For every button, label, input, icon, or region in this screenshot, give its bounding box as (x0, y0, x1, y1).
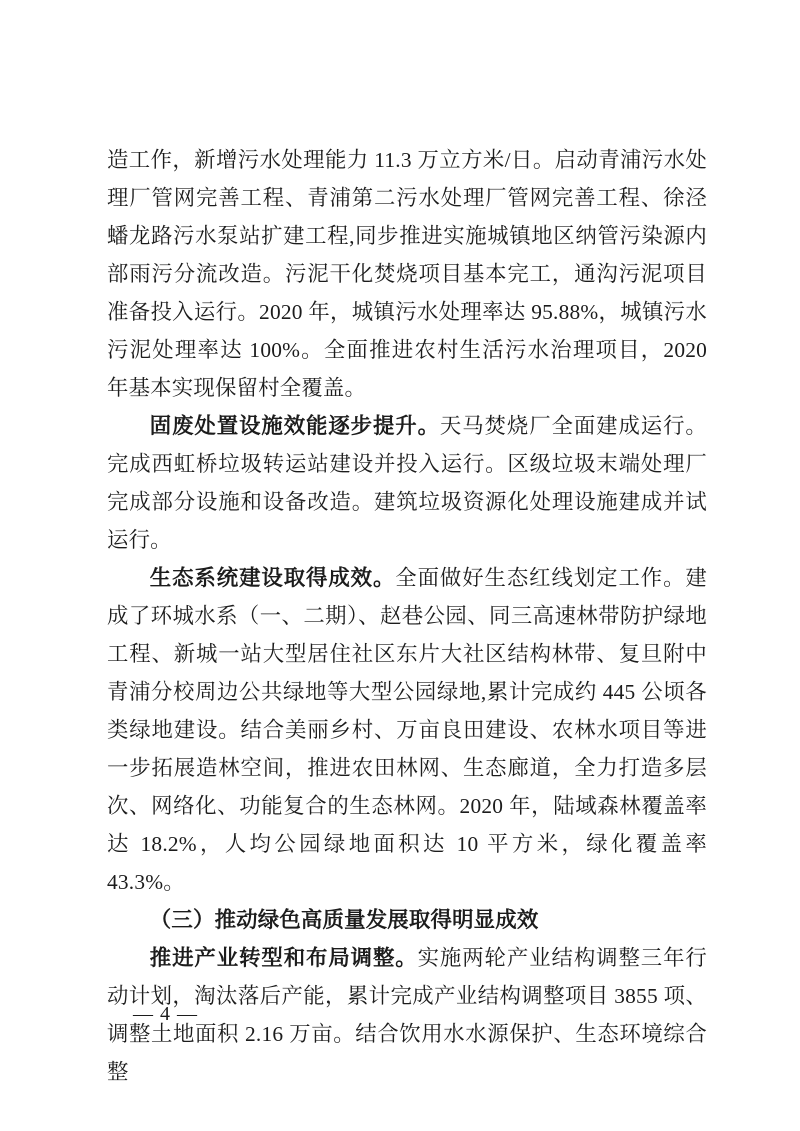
paragraph-solid-waste-facilities: 固废处置设施效能逐步提升。天马焚烧厂全面建成运行。完成西虹桥垃圾转运站建设并投入… (107, 407, 707, 559)
bold-lead-text: 推进产业转型和布局调整。 (150, 946, 418, 970)
bold-lead-text: 生态系统建设取得成效。 (150, 566, 395, 590)
document-body: 造工作，新增污水处理能力 11.3 万立方米/日。启动青浦污水处理厂管网完善工程… (107, 141, 707, 1091)
page-number: — 4 — (133, 1002, 198, 1026)
document-page: 造工作，新增污水处理能力 11.3 万立方米/日。启动青浦污水处理厂管网完善工程… (0, 0, 800, 1131)
bold-lead-text: 固废处置设施效能逐步提升。 (150, 414, 440, 438)
paragraph-ecosystem-construction: 生态系统建设取得成效。全面做好生态红线划定工作。建成了环城水系（一、二期）、赵巷… (107, 559, 707, 901)
paragraph-sewage-treatment: 造工作，新增污水处理能力 11.3 万立方米/日。启动青浦污水处理厂管网完善工程… (107, 141, 707, 407)
body-text: 造工作，新增污水处理能力 11.3 万立方米/日。启动青浦污水处理厂管网完善工程… (107, 148, 707, 400)
bold-lead-text: （三）推动绿色高质量发展取得明显成效 (150, 908, 539, 932)
body-text: 全面做好生态红线划定工作。建成了环城水系（一、二期）、赵巷公园、同三高速林带防护… (107, 566, 707, 894)
heading-section-three: （三）推动绿色高质量发展取得明显成效 (107, 901, 707, 939)
